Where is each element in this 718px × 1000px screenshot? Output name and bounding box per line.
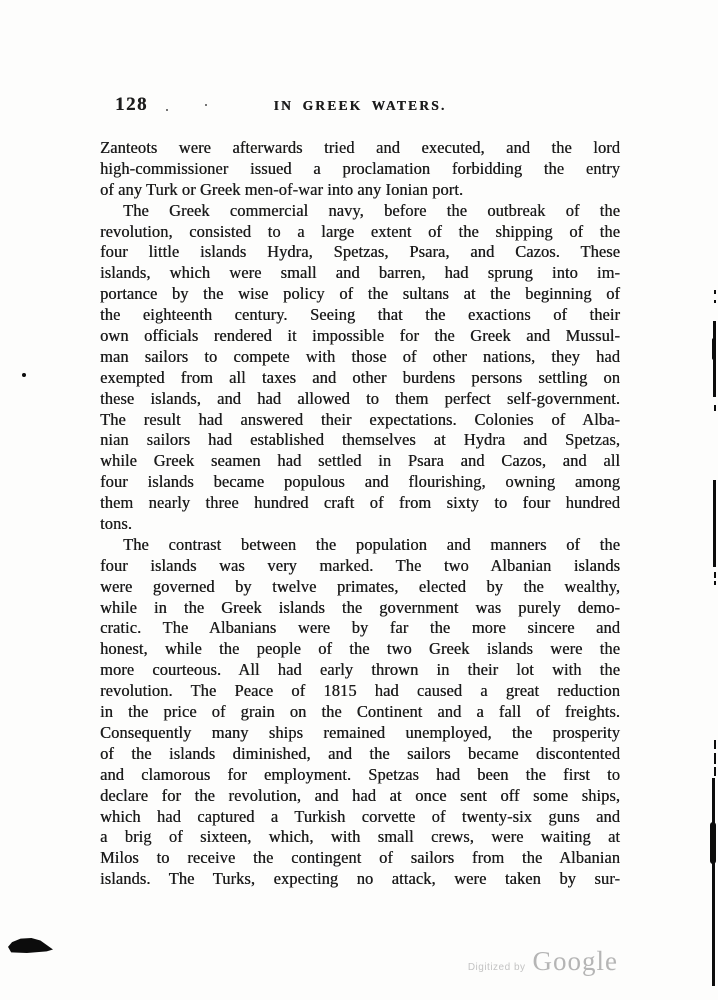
gutter-line-segment-1-thick (712, 338, 716, 360)
gutter-line-segment-2 (713, 480, 716, 567)
text-line: Zanteots were afterwards tried and execu… (100, 138, 620, 159)
text-line: The result had answered their expectatio… (100, 410, 620, 431)
text-line: which had captured a Turkish corvette of… (100, 807, 620, 828)
gutter-dash-2 (714, 581, 716, 585)
text-line: a brig of sixteen, which, with small cre… (100, 827, 620, 848)
text-line: while in the Greek islands the governmen… (100, 598, 620, 619)
text-line: of any Turk or Greek men-of-war into any… (100, 180, 620, 201)
text-line: islands. The Turks, expecting no attack,… (100, 869, 620, 890)
digitization-watermark: Digitized by Google (468, 946, 618, 977)
text-line: declare for the revolution, and had at o… (100, 786, 620, 807)
text-line: four little islands Hydra, Spetzas, Psar… (100, 242, 620, 263)
running-title: IN GREEK WATERS. (100, 98, 620, 114)
text-line: exempted from all taxes and other burden… (100, 368, 620, 389)
text-line: high-commissioner issued a proclamation … (100, 159, 620, 180)
text-line: were governed by twelve primates, electe… (100, 577, 620, 598)
scan-speck-left-margin (22, 373, 26, 377)
gutter-line-segment-3 (712, 778, 715, 986)
text-line: the eighteenth century. Seeing that the … (100, 305, 620, 326)
gutter-dash-5 (714, 767, 716, 776)
gutter-mark-dot-1 (714, 290, 716, 294)
gutter-dash-4 (714, 753, 716, 764)
scan-speck-header-2 (205, 104, 207, 106)
text-line: islands, which were small and barren, ha… (100, 263, 620, 284)
text-line: honest, while the people of the two Gree… (100, 639, 620, 660)
text-line: cratic. The Albanians were by far the mo… (100, 618, 620, 639)
gutter-dash-1 (714, 572, 716, 578)
text-line: them nearly three hundred craft of from … (100, 493, 620, 514)
text-line: revolution. The Peace of 1815 had caused… (100, 681, 620, 702)
text-line: while Greek seamen had settled in Psara … (100, 451, 620, 472)
google-logo: Google (533, 946, 618, 977)
text-line: and clamorous for employment. Spetzas ha… (100, 765, 620, 786)
text-line: revolution, consisted to a large extent … (100, 222, 620, 243)
text-line: four islands became populous and flouris… (100, 472, 620, 493)
text-line: The contrast between the population and … (100, 535, 620, 556)
text-line: these islands, and had allowed to them p… (100, 389, 620, 410)
text-line: more courteous. All had early thrown in … (100, 660, 620, 681)
scan-smudge-bottom-left (8, 937, 53, 953)
text-line: man sailors to compete with those of oth… (100, 347, 620, 368)
body-text: Zanteots were afterwards tried and execu… (100, 138, 620, 890)
text-line: Consequently many ships remained unemplo… (100, 723, 620, 744)
text-line: Milos to receive the contingent of sailo… (100, 848, 620, 869)
book-page-scan: 128 IN GREEK WATERS. Zanteots were after… (0, 0, 718, 1000)
text-line: tons. (100, 514, 620, 535)
gutter-mark-dot-2 (714, 300, 716, 303)
scan-speck-header-1 (166, 109, 168, 111)
text-line: nian sailors had established themselves … (100, 430, 620, 451)
gutter-dash-3 (714, 740, 716, 749)
text-line: of the islands diminished, and the sailo… (100, 744, 620, 765)
text-line: The Greek commercial navy, before the ou… (100, 201, 620, 222)
gutter-line-segment-3-bulge (710, 822, 716, 864)
text-line: four islands was very marked. The two Al… (100, 556, 620, 577)
watermark-prefix-label: Digitized by (468, 962, 526, 973)
gutter-mark-dot-3 (714, 405, 716, 411)
text-line: own officials rendered it impossible for… (100, 326, 620, 347)
text-line: in the price of grain on the Continent a… (100, 702, 620, 723)
text-line: portance by the wise policy of the sulta… (100, 284, 620, 305)
